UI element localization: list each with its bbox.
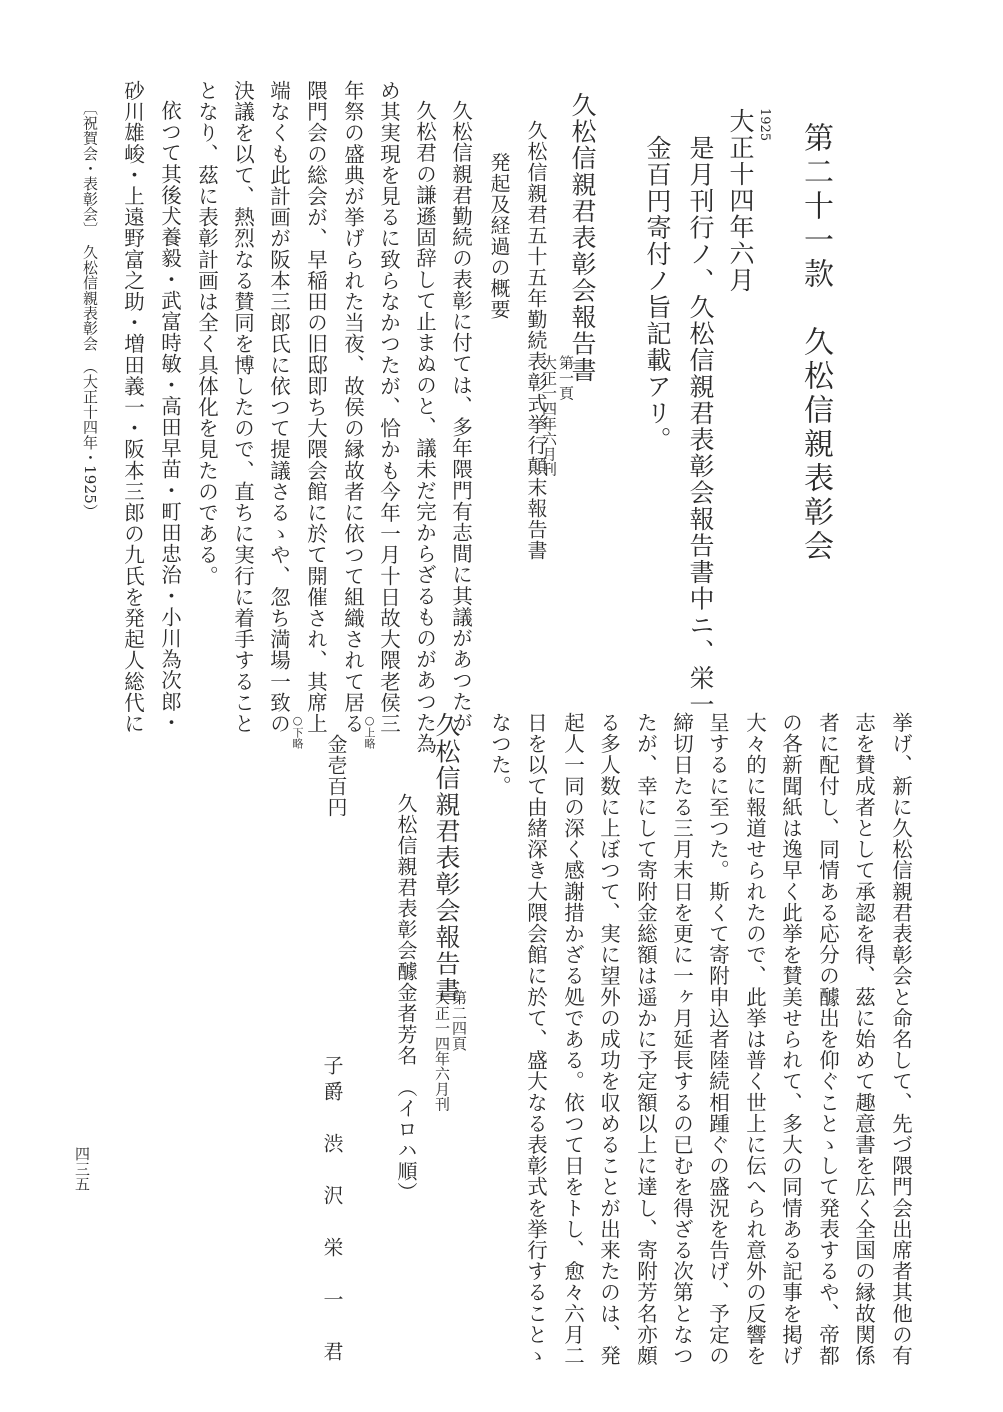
page-number: 四三五 (74, 1146, 89, 1192)
doc2-source-page: 第二四頁 (451, 990, 466, 1051)
doc2-source-date: 大正一四年六月刊 (434, 990, 449, 1112)
doc1-cont-col-4: の各新聞紙は逸早く此挙を賛美せられて、多大の同情ある記事を掲げ (780, 712, 801, 1366)
doc1-para-col-6: 端なくも此計画が阪本三郎氏に依つて提議さるゝや、忽ち満場一致の (268, 80, 289, 734)
year-gloss: 1925 (757, 108, 772, 141)
doc1-subtitle: 久松信親君五十五年勤続表彰式挙行顛末報告書 (526, 120, 546, 561)
doc1-cont-col-1: 挙げ、新に久松信親君表彰会と命名して、先づ隈門会出席者其他の有 (890, 712, 911, 1366)
section-line-1: 是月刊行ノ、久松信親君表彰会報告書中ニ、栄一 (688, 135, 713, 718)
doc1-cont-col-5: 大々的に報道せられたので、此挙は普く世上に伝へられ意外の反響を (744, 712, 765, 1366)
section-heading: 第二十一款 久松信親表彰会 (800, 122, 830, 564)
doc1-para-col-3: め其実現を見るに致らなかつたが、恰かも今年一月十日故大隈老侯三 (378, 80, 399, 734)
doc2-title: 久松信親君表彰会報告書 (434, 712, 459, 1004)
doc1-para-col-2: 久松君の謙遜固辞して止まぬのと、議未だ完からざるものがあつた為 (414, 100, 435, 754)
doc1-cont-col-2: 志を賛成者として承認を得、茲に始めて趣意書を広く全国の縁故関係 (853, 712, 874, 1366)
doc1-section-head: 発起及経過の概要 (489, 152, 509, 320)
citation-footer: 〔祝賀会・表彰会〕 久松信親表彰会 （大正十四年・1925） (82, 100, 97, 519)
doc1-para-col-10: 砂川雄峻・上遠野富之助・増田義一・阪本三郎の九氏を発起人総代に (122, 80, 143, 734)
donor-name: 子爵 渋 沢 栄 一 君 (322, 1055, 342, 1367)
doc2-subtitle: 久松信親君表彰会醵金者芳名 （イロハ順） (396, 793, 416, 1203)
doc1-cont-col-7: 締切日たる三月末日を更に一ヶ月延長するの已むを得ざる次第となつ (671, 712, 692, 1366)
omitted-below-note: ○下略 (292, 714, 303, 749)
doc1-cont-col-11: 日を以て由緒深き大隈会館に於て、盛大なる表彰式を挙行することゝ (525, 712, 546, 1366)
doc1-para-col-5: 隈門会の総会が、早稲田の旧邸即ち大隈会館に於て開催され、其席上 (305, 80, 326, 734)
doc1-source-page: 第一頁 (558, 355, 573, 401)
doc1-cont-col-12: なつた。 (489, 712, 510, 796)
doc1-cont-col-8: たが、幸にして寄附金総額は遥かに予定額以上に達し、寄附芳名亦頗 (635, 712, 656, 1366)
doc1-para-col-7: 決議を以て、熱烈なる賛同を博したので、直ちに実行に着手すること (232, 80, 253, 734)
doc1-cont-col-6: 呈するに至つた。斯くて寄附申込者陸続相踵ぐの盛況を告げ、予定の (707, 712, 728, 1366)
doc1-title: 久松信親君表彰会報告書 (570, 92, 595, 384)
section-date: 大正十四年六月 (728, 108, 753, 294)
doc1-para-col-1: 久松信親君勤続の表彰に付ては、多年隈門有志間に其議があつたが (450, 100, 471, 733)
doc1-cont-col-9: る多人数に上ぼつて、実に望外の成功を収めることが出来たのは、発 (598, 712, 619, 1366)
doc1-cont-col-3: 者に配付し、同情ある応分の醵出を仰ぐことゝして発表するや、帝都 (817, 712, 838, 1366)
section-line-2: 金百円寄付ノ旨記載アリ。 (645, 135, 670, 453)
doc1-para-col-4: 年祭の盛典が挙げられた当夜、故侯の縁故者に依つて組織されて居る (342, 80, 363, 734)
doc1-cont-col-10: 起人一同の深く感謝措かざる処である。依つて日をトし、愈々六月二 (562, 712, 583, 1366)
omitted-above-note: ○上略 (364, 714, 375, 749)
doc1-para-col-8: となり、茲に表彰計画は全く具体化を見たのである。 (196, 80, 217, 586)
doc1-para-col-9: 依つて其後犬養毅・武富時敏・高田早苗・町田忠治・小川為次郎・ (159, 100, 180, 733)
donation-amount: 金壱百円 (326, 734, 346, 818)
